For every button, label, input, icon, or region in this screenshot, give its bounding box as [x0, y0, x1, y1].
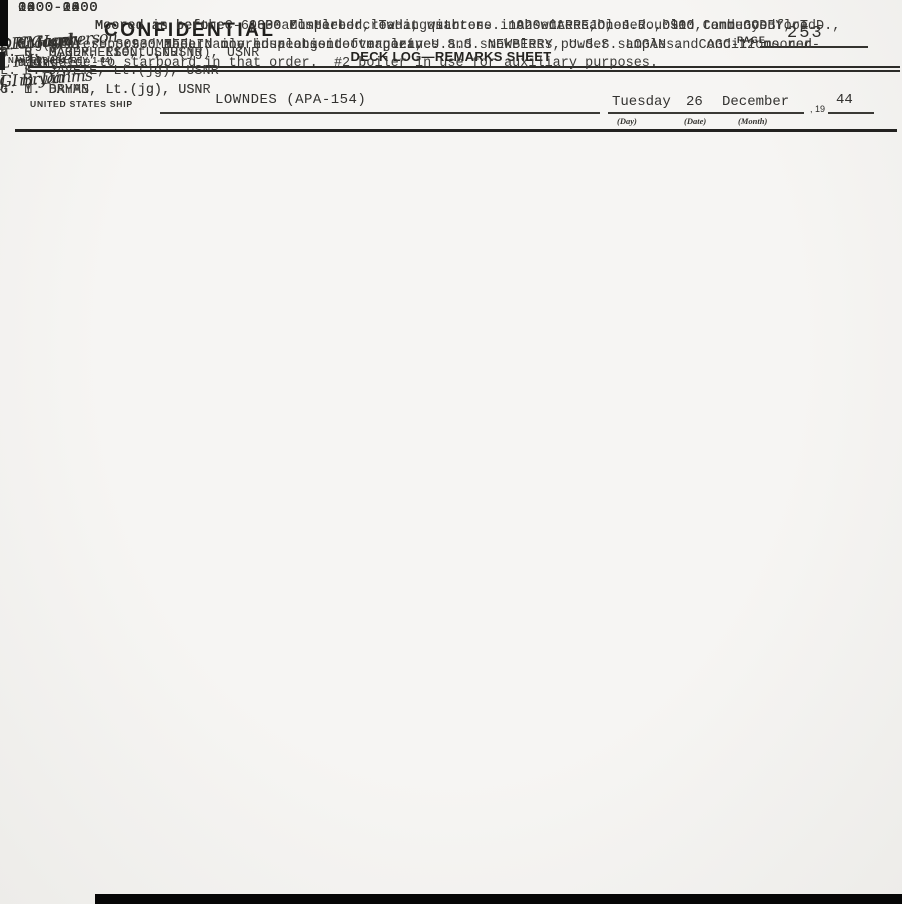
scan-edge-bottom-bar	[95, 894, 902, 904]
log-entry-2000-2400: 2000-2400 Moored as before. S. C. Hardy …	[0, 0, 902, 37]
year-value: 44	[836, 92, 853, 108]
date-column-label: (Date)	[684, 116, 706, 126]
date-underline	[608, 112, 804, 114]
year-prefix: , 19	[810, 104, 825, 114]
ship-name: LOWNDES (APA-154)	[215, 92, 366, 108]
date-day: Tuesday	[612, 94, 671, 110]
date-month: December	[722, 94, 789, 110]
signature-block: S. C. Hardy S. C. HARDY, Lieut., USNR	[0, 37, 203, 61]
scan-edge-corner-mark	[0, 0, 8, 46]
date-number: 26	[686, 94, 703, 110]
ship-label: UNITED STATES SHIP	[30, 99, 133, 109]
header-bottom-rule	[15, 129, 897, 132]
scan-edge-left-tick	[0, 52, 5, 70]
deck-log-page: CONFIDENTIAL PAGE 253 NAVPERS-134 (REV. …	[0, 0, 902, 904]
watch-heading: 2000-2400	[18, 0, 902, 16]
day-column-label: (Day)	[617, 116, 637, 126]
ship-name-underline	[160, 112, 600, 114]
month-column-label: (Month)	[738, 116, 767, 126]
year-underline	[828, 112, 874, 114]
